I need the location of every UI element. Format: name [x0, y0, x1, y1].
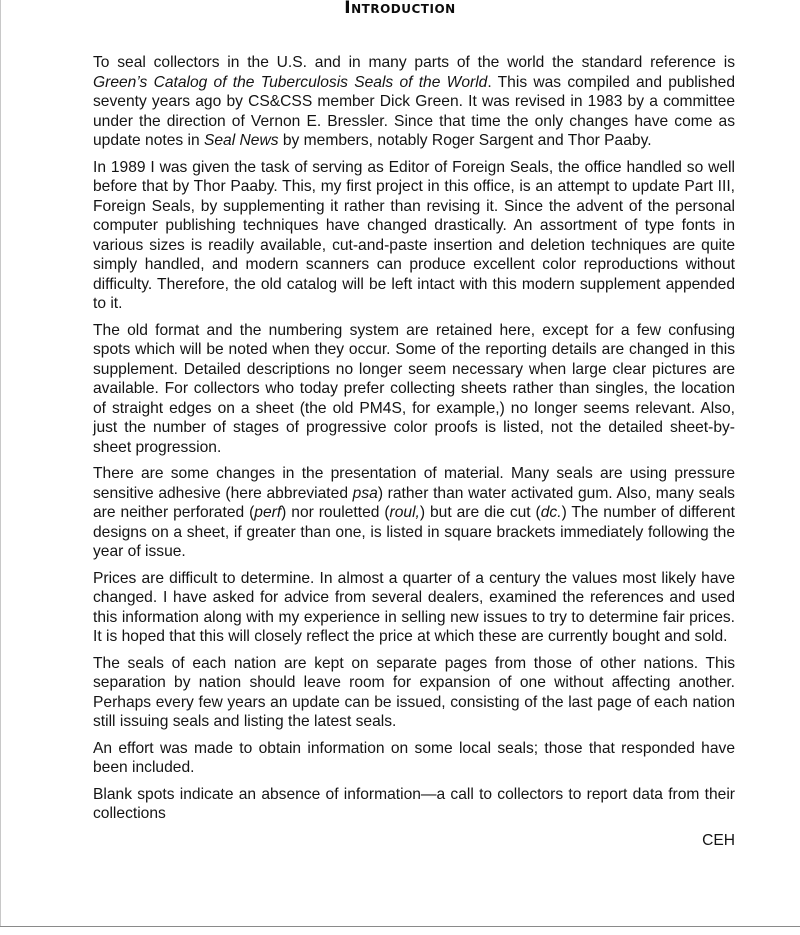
abbreviation: perf	[254, 504, 281, 521]
text-run: Blank spots indicate an absence of infor…	[93, 786, 735, 823]
publication-name: Seal News	[204, 132, 279, 149]
paragraph-2: In 1989 I was given the task of serving …	[93, 158, 735, 314]
document-page: Introduction To seal collectors in the U…	[0, 0, 800, 935]
text-run: ) but are die cut (	[420, 504, 541, 521]
catalog-title: Green’s Catalog of the Tuberculosis Seal…	[93, 74, 487, 91]
text-run: An effort was made to obtain information…	[93, 740, 735, 777]
abbreviation: roul,	[390, 504, 420, 521]
document-body: To seal collectors in the U.S. and in ma…	[93, 53, 735, 857]
text-run: ) nor rouletted (	[281, 504, 389, 521]
page-title: Introduction	[0, 0, 800, 18]
paragraph-6: The seals of each nation are kept on sep…	[93, 654, 735, 732]
page-left-edge	[0, 0, 1, 926]
paragraph-5: Prices are difficult to determine. In al…	[93, 569, 735, 647]
text-run: The seals of each nation are kept on sep…	[93, 655, 735, 731]
paragraph-4: There are some changes in the presentati…	[93, 464, 735, 562]
text-run: by members, notably Roger Sargent and Th…	[279, 132, 652, 149]
text-run: The old format and the numbering system …	[93, 322, 735, 456]
text-run: In 1989 I was given the task of serving …	[93, 159, 735, 313]
text-run: Prices are difficult to determine. In al…	[93, 570, 735, 646]
abbreviation: dc.	[541, 504, 562, 521]
paragraph-7: An effort was made to obtain information…	[93, 739, 735, 778]
paragraph-8: Blank spots indicate an absence of infor…	[93, 785, 735, 824]
paragraph-3: The old format and the numbering system …	[93, 321, 735, 458]
paragraph-1: To seal collectors in the U.S. and in ma…	[93, 53, 735, 151]
abbreviation: psa	[353, 485, 378, 502]
author-signature: CEH	[93, 831, 735, 851]
bottom-rule	[0, 926, 800, 927]
text-run: To seal collectors in the U.S. and in ma…	[93, 54, 735, 71]
